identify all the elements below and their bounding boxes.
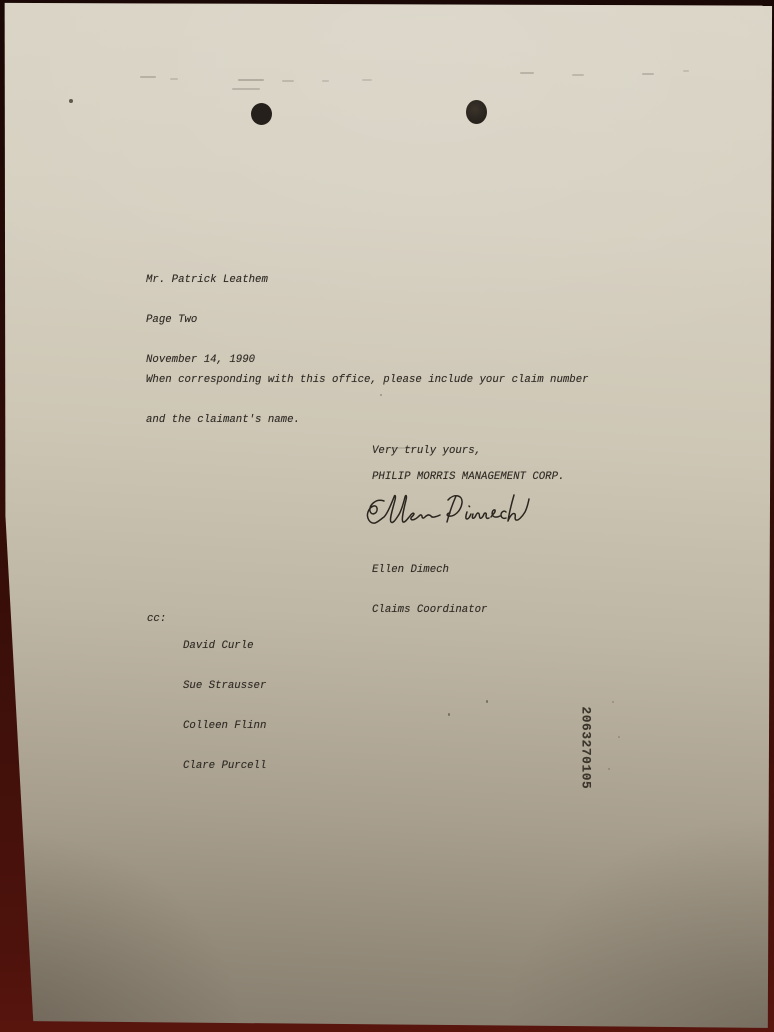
cc-name: Colleen Flinn bbox=[183, 720, 266, 733]
dust-speck bbox=[486, 700, 488, 703]
page-line: Page Two bbox=[146, 314, 268, 327]
copier-artifact bbox=[170, 78, 178, 80]
copier-artifact bbox=[572, 74, 584, 76]
cc-name: Sue Strausser bbox=[183, 680, 266, 693]
copier-artifact bbox=[238, 79, 264, 81]
letter-page: Mr. Patrick Leathem Page Two November 14… bbox=[0, 0, 774, 1032]
signer-name: Ellen Dimech bbox=[372, 564, 487, 577]
copier-artifact bbox=[322, 80, 329, 82]
valediction: Very truly yours, bbox=[372, 445, 481, 458]
body-paragraph: When corresponding with this office, ple… bbox=[146, 347, 589, 454]
signer-title: Claims Coordinator bbox=[372, 604, 487, 617]
signer-block: Ellen Dimech Claims Coordinator bbox=[372, 537, 487, 644]
dust-speck bbox=[448, 713, 450, 716]
cc-name: David Curle bbox=[183, 640, 266, 653]
copier-artifact bbox=[520, 72, 534, 74]
dust-speck bbox=[69, 99, 73, 103]
dust-speck bbox=[608, 768, 610, 770]
copier-artifact bbox=[362, 79, 372, 81]
copier-artifact bbox=[140, 76, 156, 78]
signature-ellen-dimech bbox=[358, 489, 530, 537]
company-name: PHILIP MORRIS MANAGEMENT CORP. bbox=[372, 471, 564, 484]
bates-number: 2063270105 bbox=[579, 707, 594, 799]
cc-name: Clare Purcell bbox=[183, 760, 266, 773]
body-line-1: When corresponding with this office, ple… bbox=[146, 374, 589, 387]
copier-artifact bbox=[282, 80, 294, 82]
dust-speck bbox=[618, 736, 620, 738]
punch-hole-right bbox=[466, 100, 487, 124]
copier-artifact bbox=[232, 88, 260, 90]
dust-speck bbox=[612, 701, 614, 703]
body-line-2: and the claimant's name. bbox=[146, 414, 589, 427]
photo-of-letter: Mr. Patrick Leathem Page Two November 14… bbox=[0, 0, 774, 1032]
cc-label: cc: bbox=[147, 613, 166, 626]
copier-artifact bbox=[683, 70, 689, 72]
recipient-line: Mr. Patrick Leathem bbox=[146, 274, 268, 287]
copier-artifact bbox=[642, 73, 654, 75]
punch-hole-left bbox=[251, 103, 272, 125]
cc-list: David Curle Sue Strausser Colleen Flinn … bbox=[183, 613, 266, 801]
